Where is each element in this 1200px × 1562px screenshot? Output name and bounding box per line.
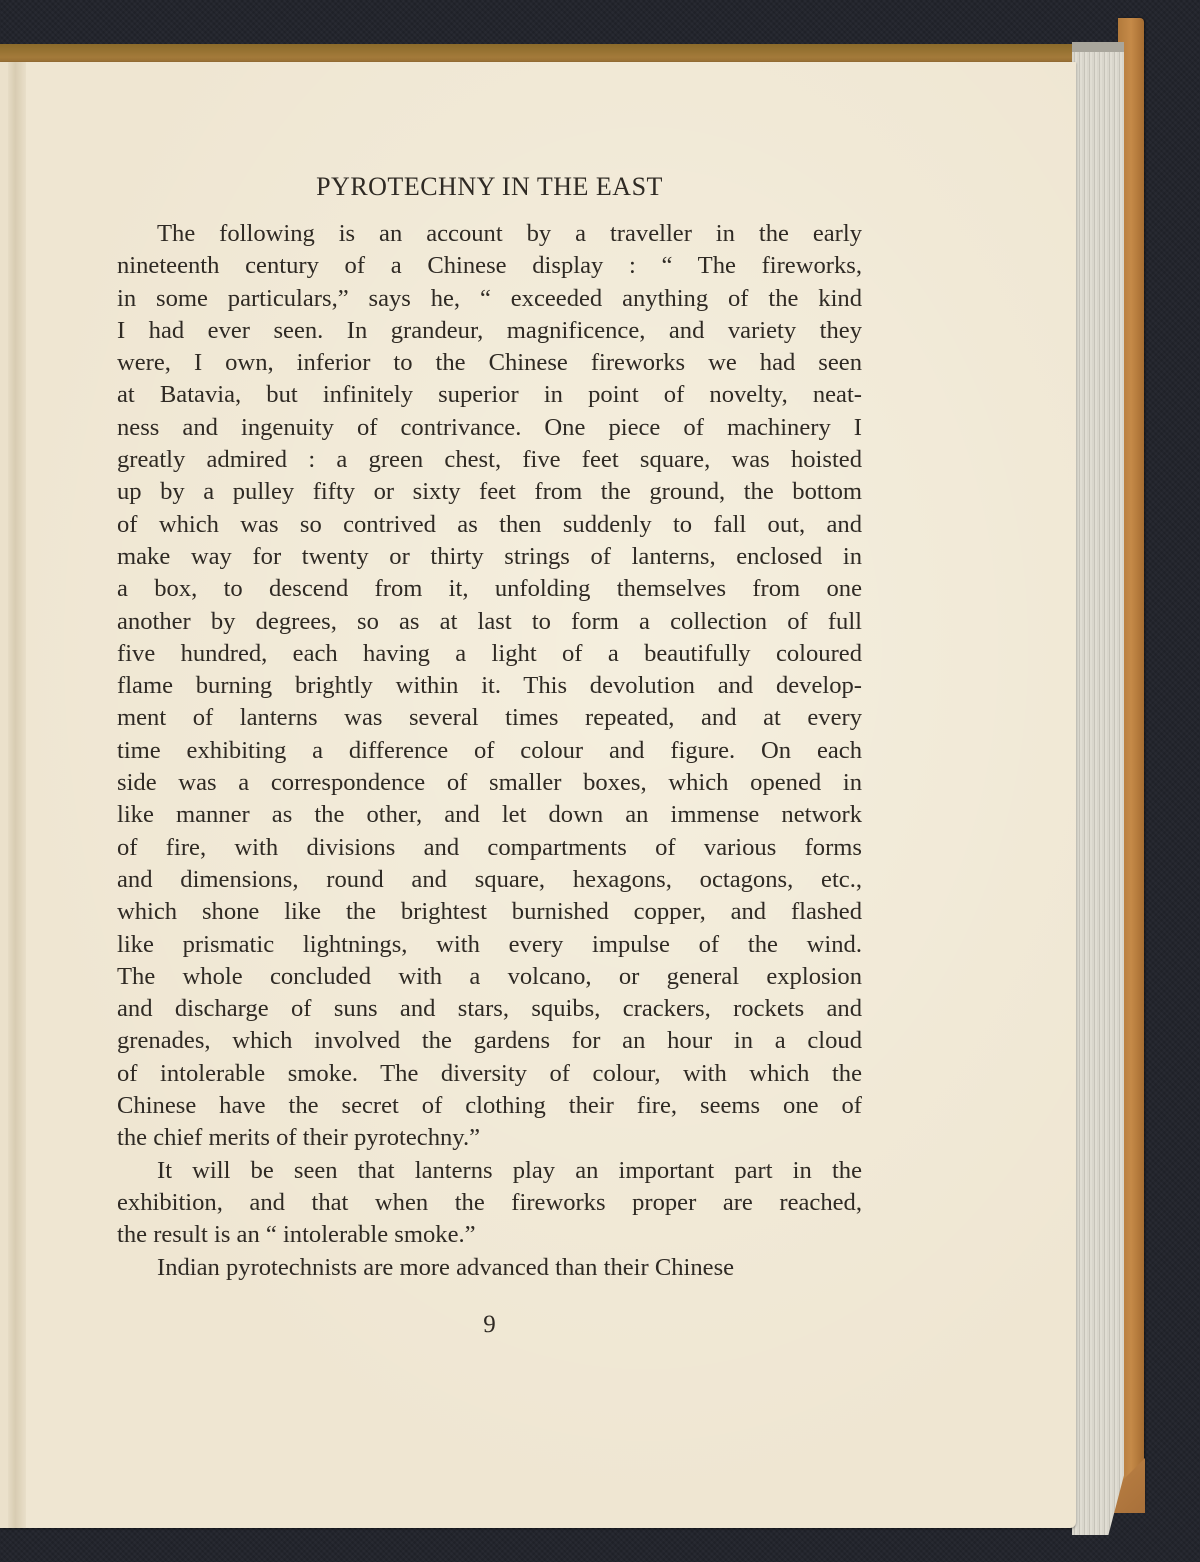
text-line: and dimensions, round and square, hexago…: [117, 864, 862, 896]
text-line: the result is an “ intolerable smoke.”: [117, 1219, 862, 1251]
text-line: exhibition, and that when the fireworks …: [117, 1187, 862, 1219]
text-line: grenades, which involved the gardens for…: [117, 1025, 862, 1057]
page-text-block: PYROTECHNY IN THE EAST The following is …: [117, 170, 862, 1284]
text-line: in some particulars,” says he, “ exceede…: [117, 283, 862, 315]
binding-shadow: [8, 62, 26, 1528]
text-line: like manner as the other, and let down a…: [117, 799, 862, 831]
text-line: nineteenth century of a Chinese display …: [117, 250, 862, 282]
text-line: Chinese have the secret of clothing thei…: [117, 1090, 862, 1122]
text-line: at Batavia, but infinitely superior in p…: [117, 379, 862, 411]
text-line: make way for twenty or thirty strings of…: [117, 541, 862, 573]
text-line: The following is an account by a travell…: [117, 218, 862, 250]
body-text: The following is an account by a travell…: [117, 218, 862, 1284]
text-line: side was a correspondence of smaller box…: [117, 767, 862, 799]
paragraph: Indian pyrotechnists are more advanced t…: [117, 1252, 862, 1284]
text-line: and discharge of suns and stars, squibs,…: [117, 993, 862, 1025]
paragraph: It will be seen that lanterns play an im…: [117, 1155, 862, 1252]
text-line: five hundred, each having a light of a b…: [117, 638, 862, 670]
text-line: flame burning brightly within it. This d…: [117, 670, 862, 702]
text-line: like prismatic lightnings, with every im…: [117, 929, 862, 961]
book-page: PYROTECHNY IN THE EAST The following is …: [0, 62, 1076, 1528]
text-line: up by a pulley fifty or sixty feet from …: [117, 476, 862, 508]
text-line: time exhibiting a difference of colour a…: [117, 735, 862, 767]
text-line: I had ever seen. In grandeur, magnificen…: [117, 315, 862, 347]
text-line: It will be seen that lanterns play an im…: [117, 1155, 862, 1187]
running-head: PYROTECHNY IN THE EAST: [117, 170, 862, 204]
text-line: which shone like the brightest burnished…: [117, 896, 862, 928]
text-line: of fire, with divisions and compartments…: [117, 832, 862, 864]
page-edges: [1072, 42, 1124, 1535]
text-line: The whole concluded with a volcano, or g…: [117, 961, 862, 993]
text-line: ness and ingenuity of contrivance. One p…: [117, 412, 862, 444]
text-line: a box, to descend from it, unfolding the…: [117, 573, 862, 605]
page-number: 9: [117, 1311, 862, 1339]
text-line: another by degrees, so as at last to for…: [117, 606, 862, 638]
text-line: were, I own, inferior to the Chinese fir…: [117, 347, 862, 379]
paragraph: The following is an account by a travell…: [117, 218, 862, 1155]
text-line: greatly admired : a green chest, five fe…: [117, 444, 862, 476]
text-line: of intolerable smoke. The diversity of c…: [117, 1058, 862, 1090]
text-line: ment of lanterns was several times repea…: [117, 702, 862, 734]
text-line: the chief merits of their pyrotechny.”: [117, 1122, 862, 1154]
text-line: Indian pyrotechnists are more advanced t…: [117, 1252, 862, 1284]
text-line: of which was so contrived as then sudden…: [117, 509, 862, 541]
